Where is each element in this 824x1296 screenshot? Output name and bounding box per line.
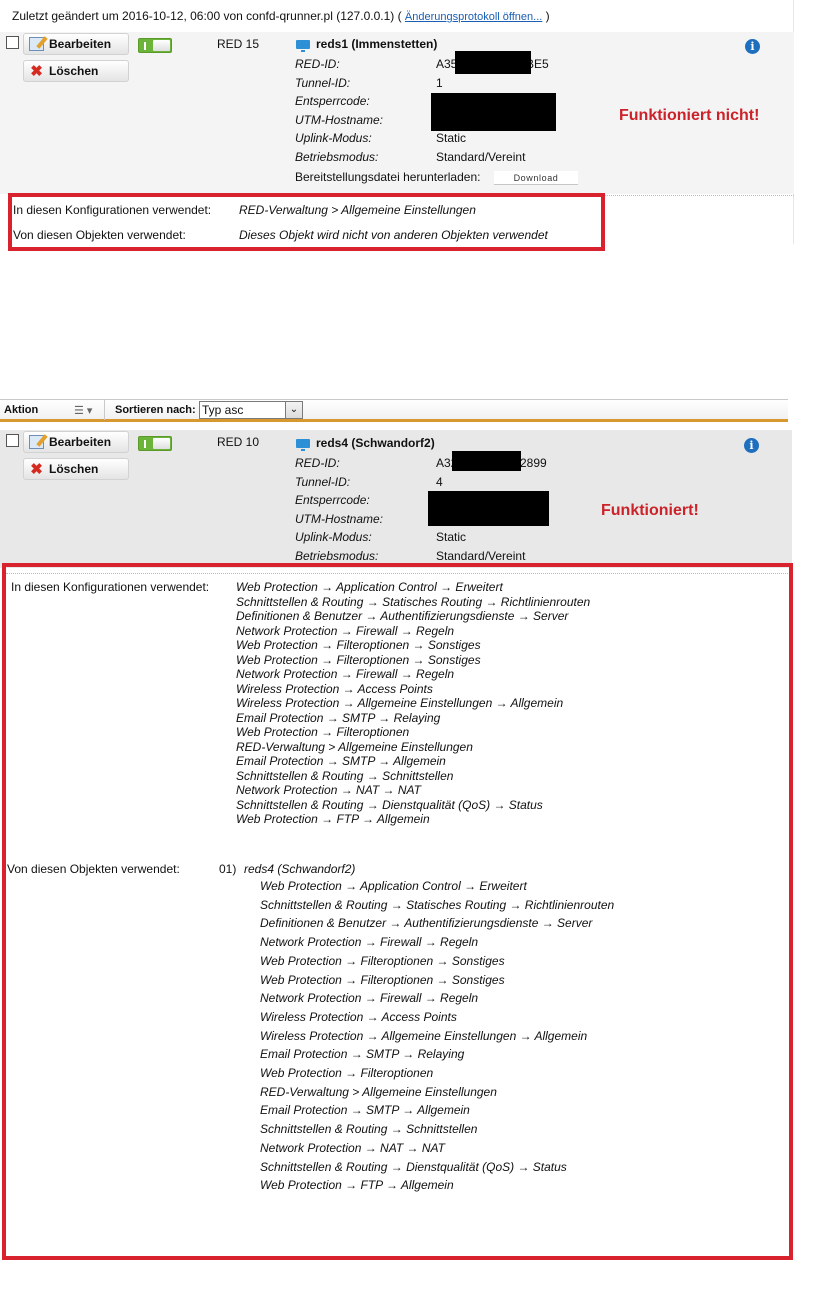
field-key: Uplink-Modus: [295,131,372,145]
paren-close: ) [546,9,550,23]
delete-label: Löschen [49,462,98,476]
monitor-icon [296,40,310,49]
field-key: UTM-Hostname: [295,113,383,127]
config-path-item: Network Protection → NAT → NAT [260,1139,614,1158]
field-value: Static [436,131,466,145]
config-path-item: Schnittstellen & Routing → Dienstqualitä… [260,1158,614,1177]
config-path-item: Schnittstellen & Routing → Schnittstelle… [260,1120,614,1139]
config-path-item: Web Protection → Filteroptionen → Sonsti… [260,952,614,971]
delete-button[interactable]: ✖ Löschen [23,458,129,480]
last-changed-text: Zuletzt geändert um 2016-10-12, 06:00 vo… [12,9,402,23]
field-value-suffix: 2899 [520,456,547,470]
red-type: RED 15 [217,37,259,51]
field-key: UTM-Hostname: [295,512,383,526]
used-in-configs-value: RED-Verwaltung > Allgemeine Einstellunge… [239,203,476,217]
config-path-item: Wireless Protection → Allgemeine Einstel… [236,696,590,711]
red-type: RED 10 [217,435,259,449]
field-key: RED-ID: [295,456,340,470]
highlight-box [8,193,605,251]
toggle-knob [153,40,170,51]
edit-button[interactable]: Bearbeiten [23,431,129,453]
config-path-item: Definitionen & Benutzer → Authentifizier… [236,609,590,624]
config-path-item: Web Protection → Filteroptionen [236,725,590,740]
enable-toggle-reds4[interactable] [138,436,172,451]
field-value: 4 [436,475,443,489]
edit-icon [29,37,44,51]
used-in-configs-label: In diesen Konfigurationen verwendet: [11,580,209,594]
object-title: reds1 (Immenstetten) [296,37,437,51]
used-by-objects-value: Dieses Objekt wird nicht von anderen Obj… [239,228,548,242]
select-checkbox-reds1[interactable] [6,36,19,49]
last-changed-info: Zuletzt geändert um 2016-10-12, 06:00 vo… [12,9,550,23]
field-key: Tunnel-ID: [295,76,350,90]
used-in-configs-label: In diesen Konfigurationen verwendet: [13,203,211,217]
config-path-item: Network Protection → Firewall → Regeln [260,989,614,1008]
edit-label: Bearbeiten [49,435,111,449]
download-provision-label: Bereitstellungsdatei herunterladen: [295,170,480,184]
sort-label: Sortieren nach: [115,404,196,416]
field-key: Tunnel-ID: [295,475,350,489]
action-menu[interactable]: Aktion [4,404,38,416]
field-value: Standard/Vereint [436,150,525,164]
config-path-item: Email Protection → SMTP → Relaying [236,711,590,726]
config-path-item: Email Protection → SMTP → Allgemein [260,1101,614,1120]
object-title: reds4 (Schwandorf2) [296,436,435,450]
config-path-item: Web Protection → Application Control → E… [236,580,590,595]
used-by-object-configs-list: Web Protection → Application Control → E… [260,877,614,1195]
config-path-item: Web Protection → Filteroptionen [260,1064,614,1083]
config-path-item: Network Protection → NAT → NAT [236,783,590,798]
config-path-item: Web Protection → Application Control → E… [260,877,614,896]
field-key: Betriebsmodus: [295,549,378,563]
info-icon[interactable]: i [744,438,759,453]
used-by-object-name: reds4 (Schwandorf2) [244,862,355,876]
used-in-configs-list: Web Protection → Application Control → E… [236,580,590,827]
annotation-working: Funktioniert! [601,502,699,520]
config-path-item: Web Protection → Filteroptionen → Sonsti… [236,653,590,668]
chevron-down-icon[interactable]: ⌄ [285,402,302,418]
list-toolbar: Aktion ☰ ▾ Sortieren nach: Typ asc ⌄ [0,399,788,422]
delete-x-icon: ✖ [29,64,44,79]
config-path-item: Web Protection → Filteroptionen → Sonsti… [260,971,614,990]
toolbar-separator [104,400,105,420]
delete-x-icon: ✖ [29,462,44,477]
config-path-item: Email Protection → SMTP → Relaying [260,1045,614,1064]
redaction-bar [431,93,556,131]
redaction-bar [452,451,521,471]
config-path-item: Network Protection → Firewall → Regeln [236,624,590,639]
used-by-objects-label: Von diesen Objekten verwendet: [7,862,180,876]
config-path-item: Web Protection → FTP → Allgemein [236,812,590,827]
field-key: RED-ID: [295,57,340,71]
config-path-item: Schnittstellen & Routing → Statisches Ro… [236,595,590,610]
object-title-text: reds4 (Schwandorf2) [316,436,435,450]
config-path-item: Email Protection → SMTP → Allgemein [236,754,590,769]
config-path-item: Network Protection → Firewall → Regeln [236,667,590,682]
field-key: Uplink-Modus: [295,530,372,544]
enable-toggle-reds1[interactable] [138,38,172,53]
delete-label: Löschen [49,64,98,78]
edit-label: Bearbeiten [49,37,111,51]
config-path-item: Schnittstellen & Routing → Dienstqualitä… [236,798,590,813]
config-path-item: Schnittstellen & Routing → Schnittstelle… [236,769,590,784]
download-button[interactable]: Download [494,171,578,185]
field-key: Entsperrcode: [295,94,370,108]
object-title-text: reds1 (Immenstetten) [316,37,437,51]
monitor-icon [296,439,310,448]
used-by-index: 01) [219,862,236,876]
changelog-link[interactable]: Änderungsprotokoll öffnen... [405,11,542,23]
toggle-knob [153,438,170,449]
config-path-item: Wireless Protection → Access Points [260,1008,614,1027]
list-menu-icon[interactable]: ☰ ▾ [74,404,92,417]
toggle-on-mark [144,440,146,448]
edit-icon [29,435,44,449]
used-by-objects-label: Von diesen Objekten verwendet: [13,228,186,242]
field-key: Entsperrcode: [295,493,370,507]
edit-button[interactable]: Bearbeiten [23,33,129,55]
info-icon[interactable]: i [745,39,760,54]
config-path-item: Definitionen & Benutzer → Authentifizier… [260,914,614,933]
config-path-item: Schnittstellen & Routing → Statisches Ro… [260,896,614,915]
annotation-not-working: Funktioniert nicht! [619,107,759,125]
toggle-on-mark [144,42,146,50]
delete-button[interactable]: ✖ Löschen [23,60,129,82]
select-checkbox-reds4[interactable] [6,434,19,447]
field-value: 1 [436,76,443,90]
config-path-item: Network Protection → Firewall → Regeln [260,933,614,952]
redaction-bar [455,51,531,74]
sort-value: Typ asc [202,403,243,417]
field-key: Betriebsmodus: [295,150,378,164]
field-value: Static [436,530,466,544]
config-path-item: RED-Verwaltung > Allgemeine Einstellunge… [236,740,590,755]
config-path-item: Wireless Protection → Allgemeine Einstel… [260,1027,614,1046]
row-divider [6,573,788,574]
sort-select[interactable]: Typ asc ⌄ [199,401,303,419]
redaction-bar [428,491,549,526]
config-path-item: Web Protection → Filteroptionen → Sonsti… [236,638,590,653]
config-path-item: RED-Verwaltung > Allgemeine Einstellunge… [260,1083,614,1102]
field-value: Standard/Vereint [436,549,525,563]
config-path-item: Wireless Protection → Access Points [236,682,590,697]
config-path-item: Web Protection → FTP → Allgemein [260,1176,614,1195]
